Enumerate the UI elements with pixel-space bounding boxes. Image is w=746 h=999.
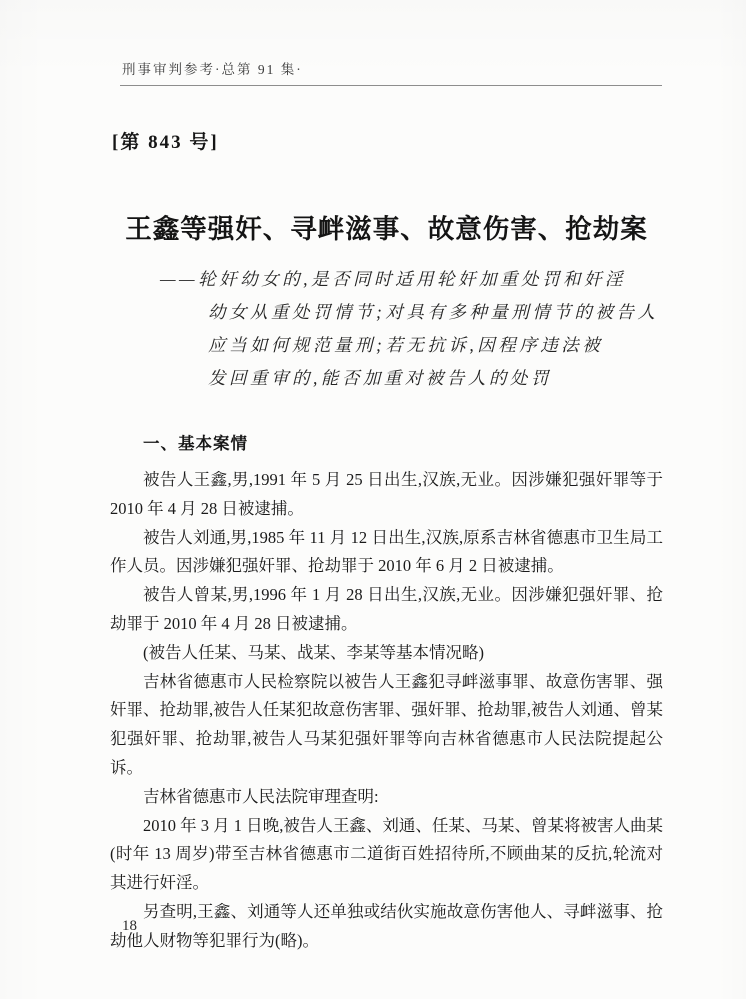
paragraph-defendant-wangxin: 被告人王鑫,男,1991 年 5 月 25 日出生,汉族,无业。因涉嫌犯强奸罪等… bbox=[110, 466, 663, 524]
subtitle-line: ——轮奸幼女的,是否同时适用轮奸加重处罚和奸淫 bbox=[160, 263, 663, 296]
scanned-document-page: 刑事审判参考·总第 91 集· [第 843 号] 王鑫等强奸、寻衅滋事、故意伤… bbox=[0, 0, 746, 999]
paragraph-facts-additional: 另查明,王鑫、刘通等人还单独或结伙实施故意伤害他人、寻衅滋事、抢劫他人财物等犯罪… bbox=[110, 898, 663, 956]
paragraph-defendant-zengmou: 被告人曾某,男,1996 年 1 月 28 日出生,汉族,无业。因涉嫌犯强奸罪、… bbox=[110, 581, 663, 639]
case-subtitle: ——轮奸幼女的,是否同时适用轮奸加重处罚和奸淫 幼女从重处罚情节;对具有多种量刑… bbox=[110, 263, 663, 395]
header-rule bbox=[120, 85, 662, 86]
subtitle-line: 幼女从重处罚情节;对具有多种量刑情节的被告人 bbox=[208, 296, 663, 329]
case-number: [第 843 号] bbox=[112, 127, 219, 154]
paragraph-defendant-liutong: 被告人刘通,男,1985 年 11 月 12 日出生,汉族,原系吉林省德惠市卫生… bbox=[110, 524, 663, 582]
case-body: 被告人王鑫,男,1991 年 5 月 25 日出生,汉族,无业。因涉嫌犯强奸罪等… bbox=[110, 466, 663, 956]
section-heading-basic-facts: 一、基本案情 bbox=[143, 430, 248, 454]
paragraph-prosecution: 吉林省德惠市人民检察院以被告人王鑫犯寻衅滋事罪、故意伤害罪、强奸罪、抢劫罪,被告… bbox=[110, 668, 663, 783]
case-title: 王鑫等强奸、寻衅滋事、故意伤害、抢劫案 bbox=[110, 207, 663, 246]
paragraph-facts-main: 2010 年 3 月 1 日晚,被告人王鑫、刘通、任某、马某、曾某将被害人曲某(… bbox=[110, 812, 663, 898]
paragraph-other-defendants-note: (被告人任某、马某、战某、李某等基本情况略) bbox=[110, 639, 663, 668]
paragraph-court-finding-intro: 吉林省德惠市人民法院审理查明: bbox=[110, 783, 663, 812]
page-number: 18 bbox=[122, 918, 137, 935]
subtitle-line: 发回重审的,能否加重对被告人的处罚 bbox=[208, 362, 663, 395]
running-header: 刑事审判参考·总第 91 集· bbox=[122, 58, 303, 78]
subtitle-line: 应当如何规范量刑;若无抗诉,因程序违法被 bbox=[208, 329, 663, 362]
